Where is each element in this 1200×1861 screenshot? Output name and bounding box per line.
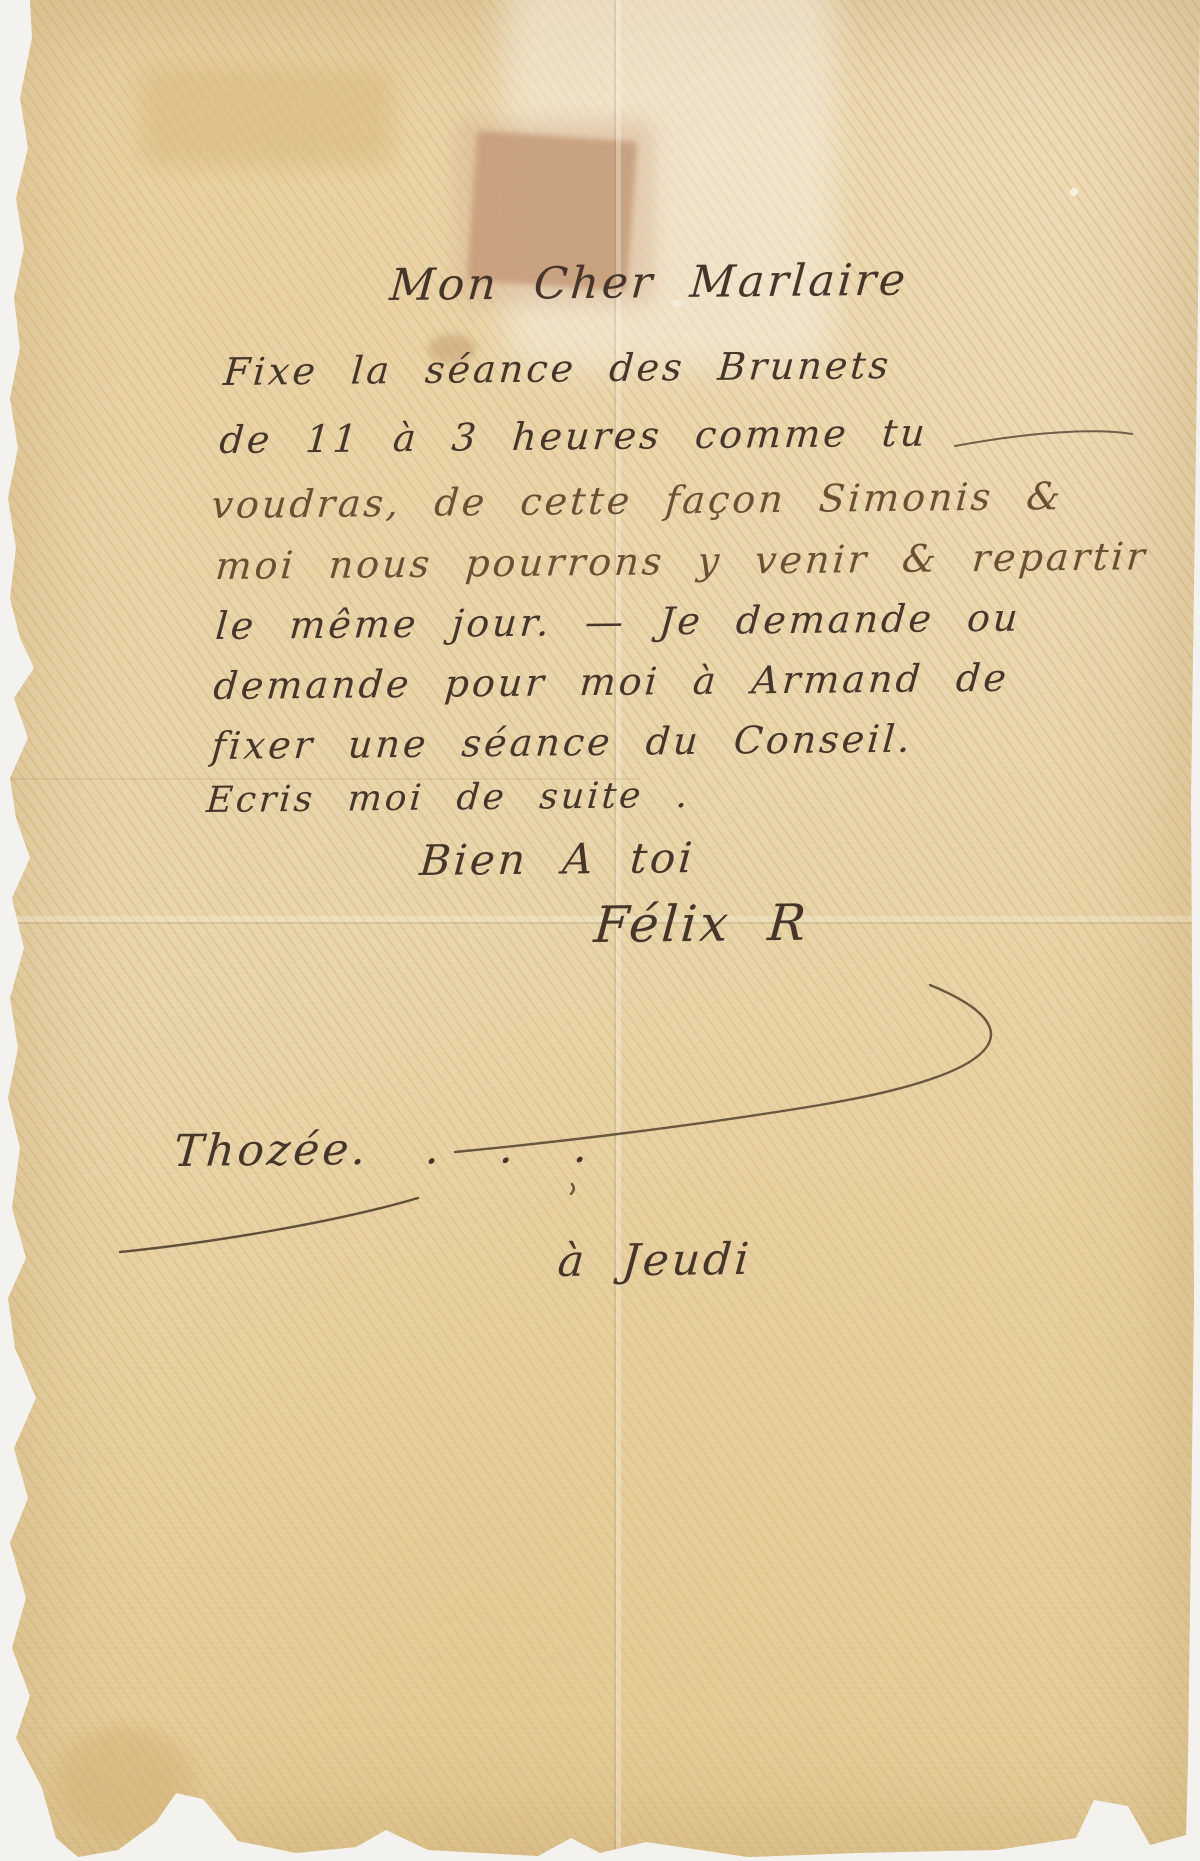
body-line: voudras, de cette façon Simonis &	[210, 476, 1065, 527]
body-line: demande pour moi à Armand de	[212, 658, 1011, 708]
place-line: Thozée. . . .	[172, 1124, 592, 1177]
body-line: Ecris moi de suite .	[205, 776, 692, 821]
top-left-stain	[140, 68, 395, 168]
tu-flourish-stroke	[955, 431, 1132, 446]
closing-line: Bien A toi	[418, 835, 697, 884]
body-line: de 11 à 3 heures comme tu	[218, 413, 929, 462]
salutation-line: Mon Cher Marlaire	[388, 257, 910, 311]
paper-speck	[1070, 188, 1078, 196]
letter-paper: Mon Cher Marlaire Fixe la séance des Bru…	[0, 0, 1200, 1861]
body-line: moi nous pourrons y venir & repartir	[214, 536, 1149, 588]
bottom-left-stain	[58, 1728, 193, 1838]
signature: Félix R	[592, 896, 811, 953]
trailing-comma-mark	[571, 1184, 574, 1194]
fold-light-band	[505, 0, 835, 370]
thozee-underline-stroke	[120, 1198, 418, 1252]
body-line: Fixe la séance des Brunets	[222, 345, 893, 394]
date-line: à Jeudi	[556, 1236, 753, 1286]
body-line: fixer une séance du Conseil.	[210, 719, 914, 768]
body-line: le même jour. — Je demande ou	[214, 598, 1022, 648]
scan-background: Mon Cher Marlaire Fixe la séance des Bru…	[0, 0, 1200, 1861]
